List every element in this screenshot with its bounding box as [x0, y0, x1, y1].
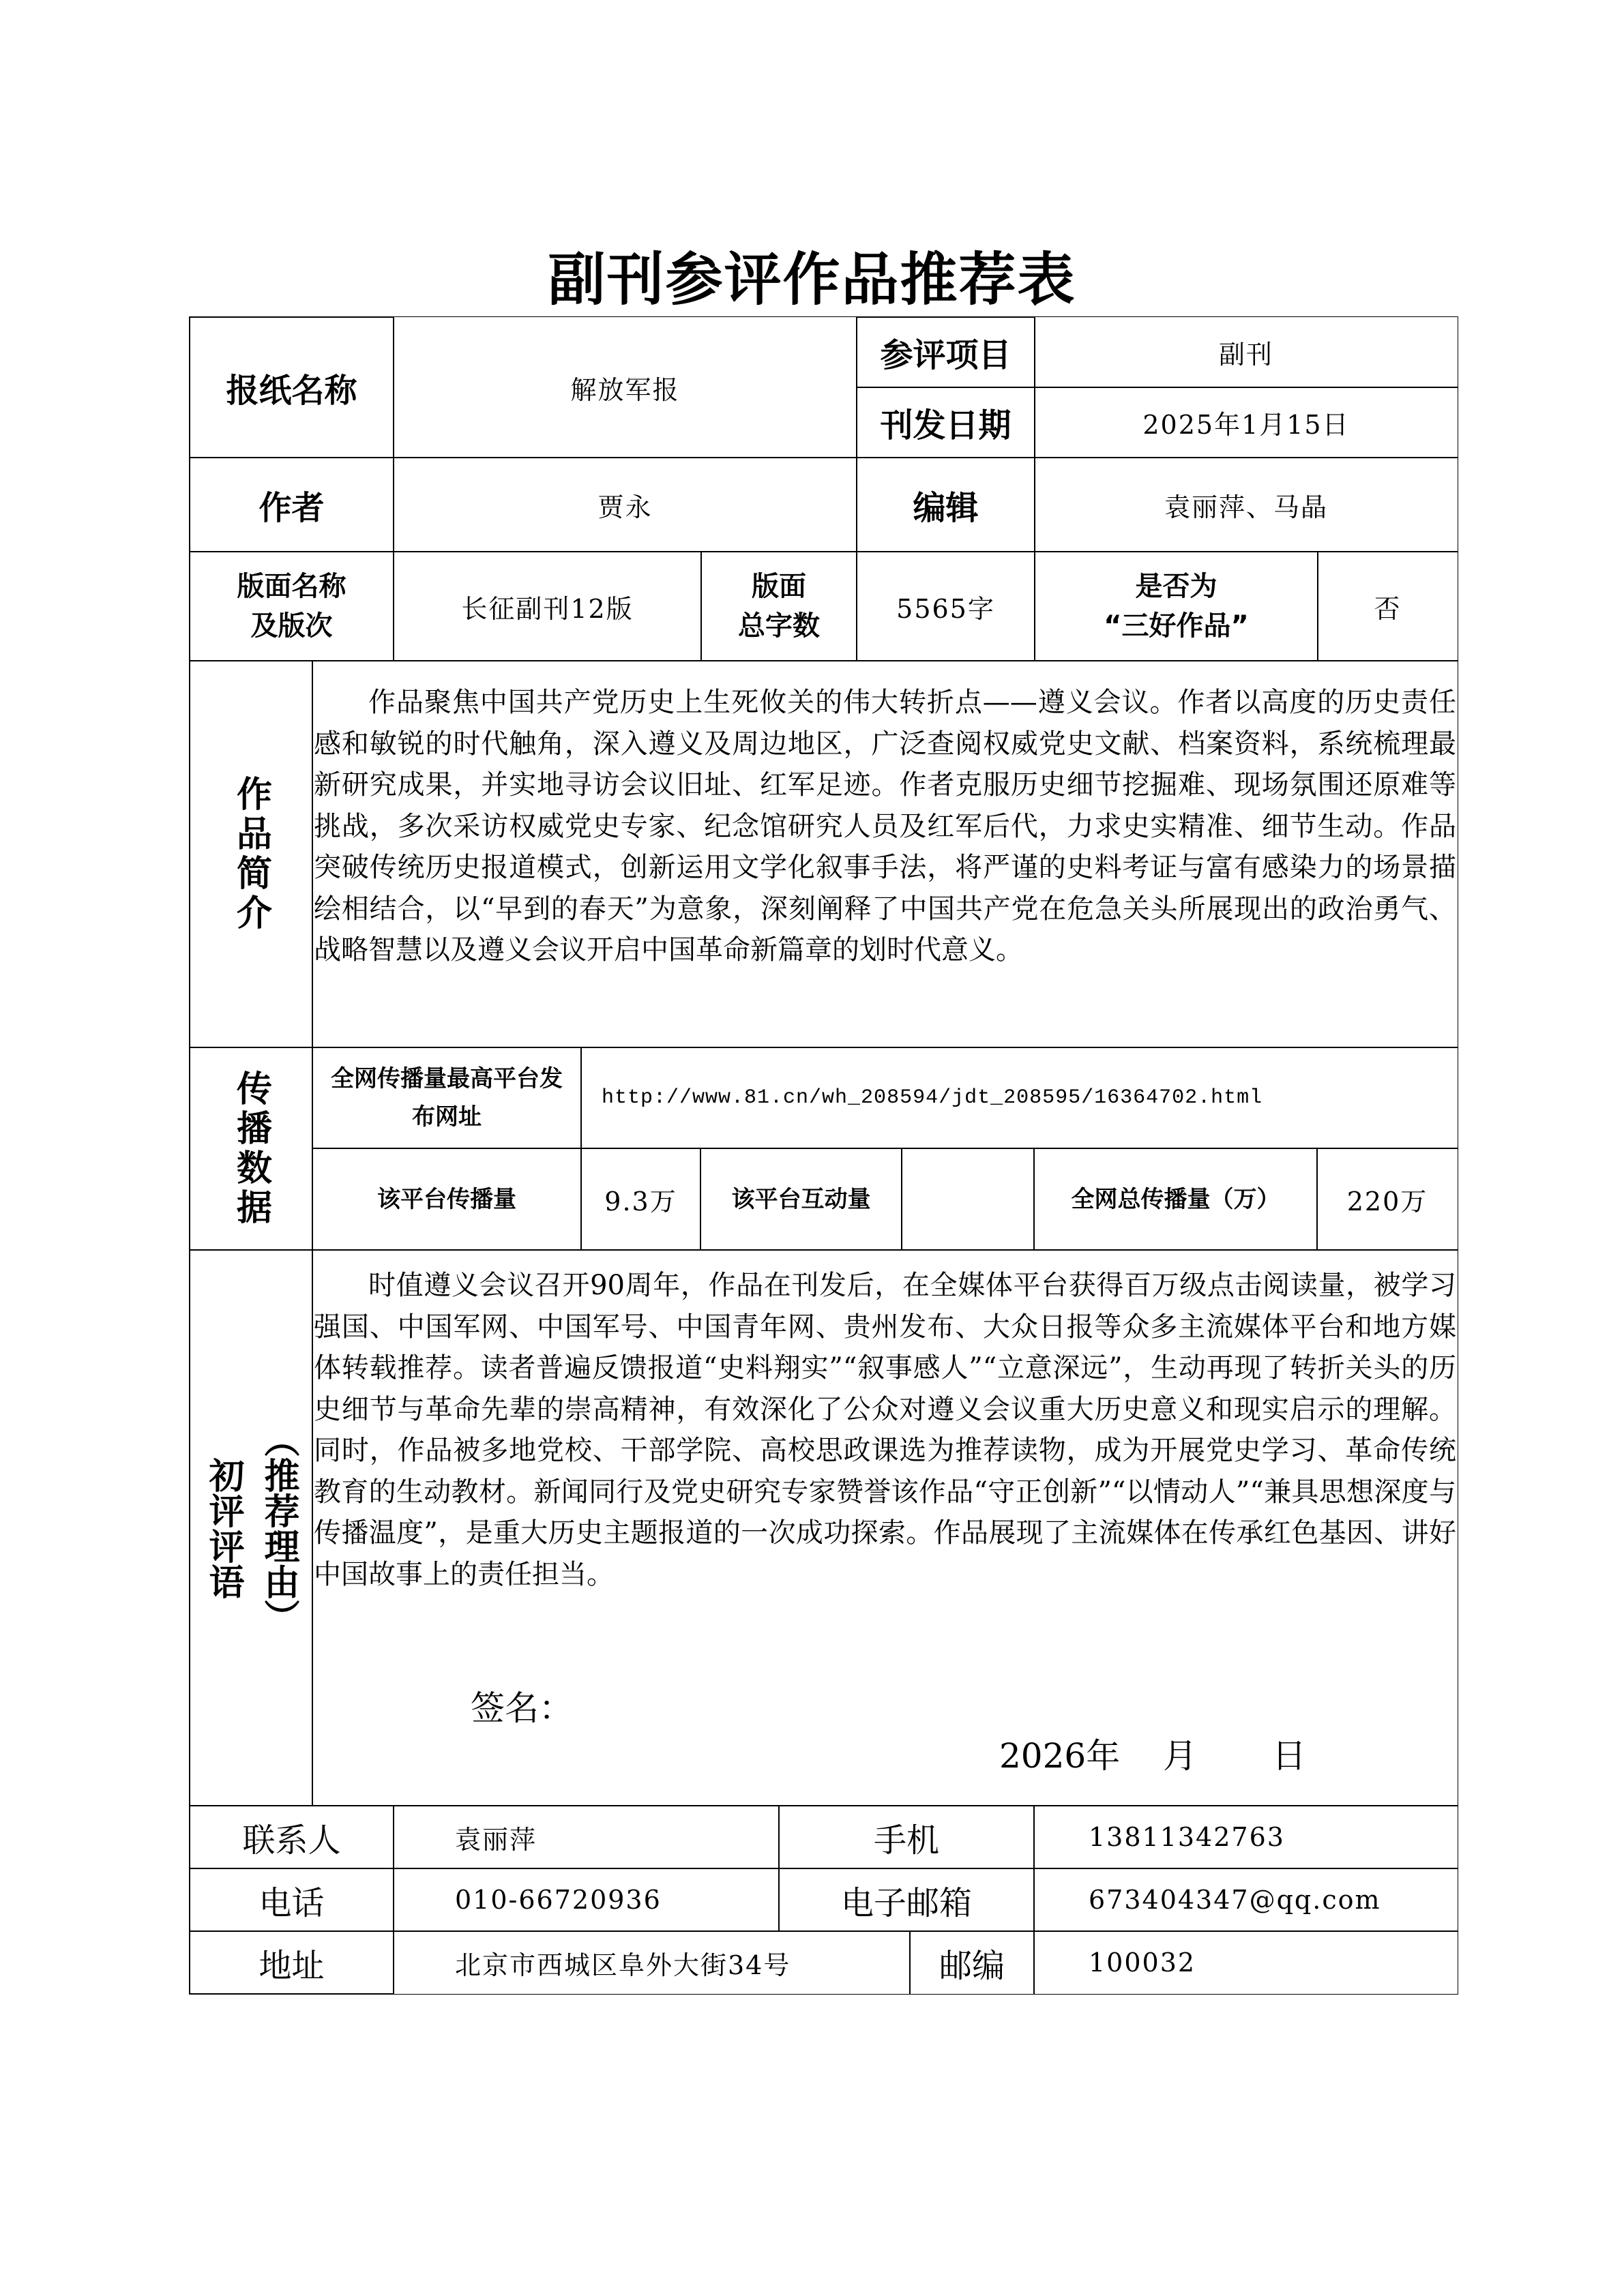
form-title: 副刊参评作品推荐表: [0, 245, 1624, 314]
date-label-text: 刊发日期: [880, 399, 1011, 446]
phone-value: 010-66720936: [393, 1868, 780, 1932]
editor-label-text: 编辑: [913, 481, 978, 528]
three-good-label: 是否为 “三好作品”: [1034, 551, 1318, 661]
platform-views-label: 该平台传播量: [312, 1148, 582, 1251]
phone-value-text: 010-66720936: [455, 1885, 662, 1915]
propagation-label: 传播数据: [189, 1047, 313, 1251]
author-label-text: 作者: [259, 481, 324, 528]
url-label: 全网传播量最高平台发布网址: [312, 1047, 582, 1149]
author-value-text: 贾永: [597, 486, 652, 524]
three-good-value: 否: [1317, 551, 1458, 661]
wordcount-label: 版面 总字数: [700, 551, 857, 661]
address-label-text: 地址: [259, 1939, 324, 1986]
contact-value: 袁丽萍: [393, 1805, 780, 1869]
mobile-value-text: 13811342763: [1089, 1822, 1285, 1852]
editor-value-text: 袁丽萍、马晶: [1164, 486, 1328, 524]
category-label-text: 参评项目: [880, 329, 1011, 376]
sign-date-month: 月: [1163, 1729, 1197, 1778]
newspaper-value: 解放军报: [393, 316, 857, 458]
url-link[interactable]: http://www.81.cn/wh_208594/jdt_208595/16…: [602, 1086, 1263, 1109]
total-views-value: 220万: [1316, 1148, 1458, 1251]
propagation-label-text: 传播数据: [226, 1070, 277, 1228]
postcode-label-text: 邮编: [939, 1939, 1005, 1986]
platform-views-label-text: 该平台传播量: [377, 1180, 516, 1219]
newspaper-label-text: 报纸名称: [226, 364, 357, 411]
editor-label: 编辑: [856, 457, 1035, 552]
category-value: 副刊: [1034, 316, 1458, 388]
contact-label: 联系人: [189, 1805, 394, 1869]
url-label-text: 全网传播量最高平台发布网址: [322, 1060, 572, 1136]
review-label-col2: （推荐理由）: [253, 1422, 304, 1635]
review-label-col1: 初评评语: [198, 1457, 249, 1599]
address-value-text: 北京市西城区阜外大街34号: [455, 1944, 791, 1982]
review-label: （推荐理由） 初评评语: [189, 1249, 313, 1806]
author-value: 贾永: [393, 457, 857, 552]
intro-text: 作品聚焦中国共产党历史上生死攸关的伟大转折点——遵义会议。作者以高度的历史责任感…: [314, 682, 1456, 971]
date-value: 2025年1月15日: [1034, 387, 1458, 458]
platform-views-value: 9.3万: [580, 1148, 701, 1251]
sign-date-year: 2026年: [999, 1729, 1120, 1778]
category-value-text: 副刊: [1219, 333, 1273, 371]
mobile-label-text: 手机: [874, 1814, 939, 1861]
editor-value: 袁丽萍、马晶: [1034, 457, 1458, 552]
three-good-label-line1: 是否为: [1136, 567, 1217, 606]
page-label: 版面名称 及版次: [189, 551, 394, 661]
email-value: 673404347@qq.com: [1033, 1868, 1458, 1932]
phone-label: 电话: [189, 1868, 394, 1932]
platform-interactions-value: [901, 1148, 1035, 1251]
mobile-label: 手机: [778, 1805, 1035, 1869]
platform-views-value-text: 9.3万: [604, 1180, 677, 1218]
contact-value-text: 袁丽萍: [455, 1819, 537, 1856]
total-views-value-text: 220万: [1347, 1180, 1428, 1218]
phone-label-text: 电话: [259, 1877, 324, 1924]
email-label: 电子邮箱: [778, 1868, 1035, 1932]
wordcount-value: 5565字: [856, 551, 1035, 661]
platform-interactions-label-text: 该平台互动量: [732, 1180, 871, 1219]
platform-interactions-label: 该平台互动量: [700, 1148, 902, 1251]
wordcount-label-line1: 版面: [752, 567, 806, 606]
email-value-text: 673404347@qq.com: [1089, 1885, 1381, 1915]
wordcount-label-line2: 总字数: [738, 606, 820, 646]
date-label: 刊发日期: [856, 387, 1035, 458]
newspaper-value-text: 解放军报: [570, 369, 679, 406]
three-good-label-line2: “三好作品”: [1104, 606, 1249, 646]
category-label: 参评项目: [856, 316, 1035, 388]
page-value: 长征副刊12版: [393, 551, 702, 661]
intro-label-text: 作品简介: [226, 775, 277, 934]
contact-label-text: 联系人: [242, 1814, 340, 1861]
three-good-value-text: 否: [1374, 588, 1401, 625]
sign-date-day: 日: [1272, 1729, 1306, 1778]
mobile-value: 13811342763: [1033, 1805, 1458, 1869]
page-label-line2: 及版次: [251, 606, 333, 646]
postcode-value: 100032: [1033, 1930, 1458, 1995]
url-value[interactable]: http://www.81.cn/wh_208594/jdt_208595/16…: [580, 1047, 1458, 1149]
total-views-label-text: 全网总传播量（万）: [1072, 1180, 1280, 1219]
page-label-line1: 版面名称: [237, 567, 346, 606]
address-value: 北京市西城区阜外大街34号: [393, 1930, 911, 1995]
review-text: 时值遵义会议召开90周年，作品在刊发后，在全媒体平台获得百万级点击阅读量，被学习…: [314, 1265, 1456, 1595]
signature-label: 签名：: [471, 1681, 573, 1730]
page-value-text: 长征副刊12版: [461, 588, 633, 625]
intro-label: 作品简介: [189, 660, 313, 1048]
email-label-text: 电子邮箱: [841, 1877, 972, 1924]
newspaper-label: 报纸名称: [189, 316, 394, 458]
postcode-label: 邮编: [909, 1930, 1035, 1995]
postcode-value-text: 100032: [1089, 1948, 1196, 1978]
total-views-label: 全网总传播量（万）: [1033, 1148, 1318, 1251]
author-label: 作者: [189, 457, 394, 552]
date-value-text: 2025年1月15日: [1142, 404, 1349, 441]
address-label: 地址: [189, 1930, 394, 1995]
wordcount-value-text: 5565字: [896, 588, 995, 625]
